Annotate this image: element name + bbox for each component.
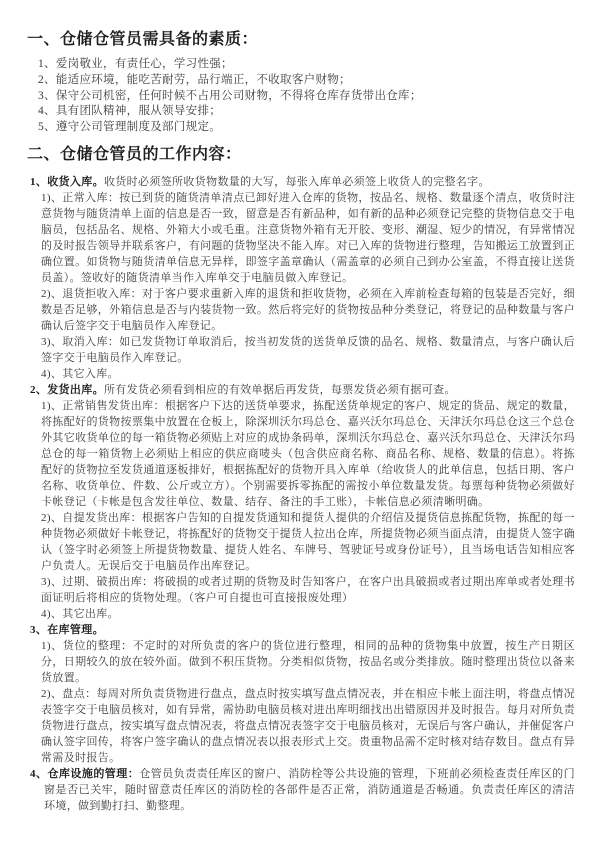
duty-subitem: 2)、退货拒收入库：对于客户要求重新入库的退货和拒收货物，必须在入库前检查每箱的… bbox=[41, 286, 575, 334]
qualities-list: 1、爱岗敬业，有责任心，学习性强； 2、能适应环境，能吃苦耐劳，品行端正，不收取… bbox=[27, 57, 575, 136]
duty-item-shipping: 2、发货出库。所有发货必须看到相应的有效单据后再发货，每票发货必须有据可查。 bbox=[30, 382, 575, 398]
duty-item-title: 4、仓库设施的管理： bbox=[30, 768, 139, 780]
section-heading-duties: 二、仓储仓管员的工作内容： bbox=[27, 145, 575, 165]
duty-item-lead: 所有发货必须看到相应的有效单据后再发货，每票发货必须有据可查。 bbox=[104, 384, 456, 396]
duty-item-facilities: 4、仓库设施的管理：仓管员负责责任库区的窗户、消防栓等公共设施的管理，下班前必须… bbox=[30, 766, 575, 814]
document-page: 一、仓储仓管员需具备的素质： 1、爱岗敬业，有责任心，学习性强； 2、能适应环境… bbox=[0, 0, 600, 850]
duty-item-title: 1、收货入库。 bbox=[30, 176, 104, 188]
quality-item: 3、保守公司机密，任何时候不占用公司财物，不得将仓库存货带出仓库； bbox=[38, 89, 575, 105]
duty-item-lead: 收货时必须签所收货物数量的大写，每张入库单必须签上收货人的完整名字。 bbox=[104, 176, 490, 188]
section-heading-qualities: 一、仓储仓管员需具备的素质： bbox=[27, 30, 575, 50]
duties-list: 1、收货入库。收货时必须签所收货物数量的大写，每张入库单必须签上收货人的完整名字… bbox=[27, 174, 575, 814]
duty-subitem: 2)、盘点：每周对所负责货物进行盘点，盘点时按实填写盘点情况表，并在相应卡帐上面… bbox=[41, 686, 575, 766]
duty-subitem: 4)、其它出库。 bbox=[41, 606, 575, 622]
quality-item: 5、遵守公司管理制度及部门规定。 bbox=[38, 120, 575, 136]
duty-item-receiving: 1、收货入库。收货时必须签所收货物数量的大写，每张入库单必须签上收货人的完整名字… bbox=[30, 174, 575, 190]
quality-item: 4、具有团队精神，服从领导安排； bbox=[38, 104, 575, 120]
quality-item: 1、爱岗敬业，有责任心，学习性强； bbox=[38, 57, 575, 73]
duty-subitem: 1)、货位的整理：不定时的对所负责的客户的货位进行整理，相同的品种的货物集中放置… bbox=[41, 638, 575, 686]
duty-item-title: 2、发货出库。 bbox=[30, 384, 104, 396]
duty-subitem: 4)、其它入库。 bbox=[41, 366, 575, 382]
duty-subitem: 3)、过期、破损出库：将破损的或者过期的货物及时告知客户，在客户出具破损或者过期… bbox=[41, 574, 575, 606]
duty-subitem: 3)、取消入库：如已发货物订单取消后，按当初发货的送货单反馈的品名、规格、数量清… bbox=[41, 334, 575, 366]
duty-item-title: 3、在库管理。 bbox=[30, 624, 104, 636]
duty-subitem: 1)、正常入库：按已到货的随货清单清点已卸好进入仓库的货物，按品名、规格、数量逐… bbox=[41, 190, 575, 286]
duty-item-inventory: 3、在库管理。 bbox=[30, 622, 575, 638]
duty-subitem: 2)、自提发货出库：根据客户告知的自提发货通知和提货人提供的介绍信及提货信息拣配… bbox=[41, 510, 575, 574]
duty-subitem: 1)、正常销售发货出库：根据客户下达的送货单要求，拣配送货单规定的客户、规定的货… bbox=[41, 398, 575, 510]
quality-item: 2、能适应环境，能吃苦耐劳，品行端正，不收取客户财物； bbox=[38, 73, 575, 89]
